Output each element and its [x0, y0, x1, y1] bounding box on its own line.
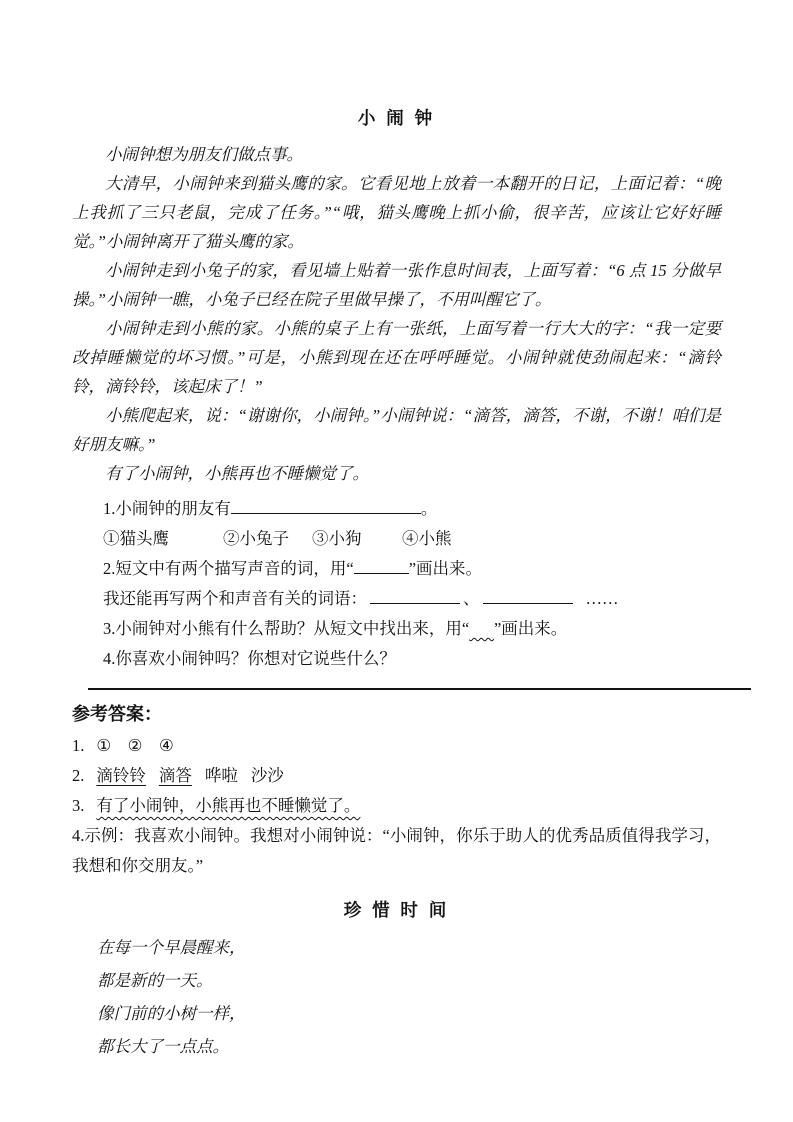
- story-paragraph-4: 小闹钟走到小熊的家。小熊的桌子上有一张纸，上面写着一行大大的字：“我一定要改掉睡…: [72, 314, 721, 401]
- answer-3-number: 3.: [72, 796, 84, 815]
- story-paragraph-6: 有了小闹钟，小熊再也不睡懒觉了。: [72, 459, 721, 488]
- poem-line-2: 都是新的一天。: [72, 964, 721, 997]
- question-3-text-end: ”画出来。: [494, 619, 567, 638]
- question-2-extra-text: 我还能再写两个和声音有关的词语：: [103, 589, 367, 608]
- story-paragraph-2: 大清早，小闹钟来到猫头鹰的家。它看见地上放着一本翻开的日记，上面记着：“晚上我抓…: [72, 169, 721, 256]
- fill-in-blank-q1: [231, 496, 421, 514]
- poem-line-4: 都长大了一点点。: [72, 1030, 721, 1063]
- option-4: ④小熊: [402, 524, 452, 554]
- section-divider-line: [88, 688, 751, 690]
- question-1-period: 。: [421, 499, 438, 518]
- answer-2: 2.滴铃铃滴答哗啦沙沙: [72, 761, 721, 791]
- answer-3: 3.有了小闹钟，小熊再也不睡懒觉了。: [72, 791, 721, 821]
- option-2: ②小兔子: [223, 524, 312, 554]
- ellipsis-text: ……: [586, 589, 619, 608]
- fill-in-blank-word-1: [370, 586, 460, 604]
- question-3-text: 3.小闹钟对小熊有什么帮助？从短文中找出来，用“: [103, 619, 469, 638]
- question-2-extra: 我还能再写两个和声音有关的词语：、……: [72, 584, 721, 614]
- story-paragraph-1: 小闹钟想为朋友们做点事。: [72, 140, 721, 169]
- worksheet-page: 小 闹 钟 小闹钟想为朋友们做点事。 大清早，小闹钟来到猫头鹰的家。它看见地上放…: [0, 0, 793, 1122]
- answer-2-word-3: 哗啦: [205, 766, 238, 785]
- enumeration-comma: 、: [463, 589, 480, 608]
- question-1-options: ①猫头鹰②小兔子③小狗④小熊: [72, 524, 721, 554]
- question-2-text-end: ”画出来。: [409, 559, 482, 578]
- answer-2-word-4: 沙沙: [251, 766, 284, 785]
- poem-section: 在每一个早晨醒来， 都是新的一天。 像门前的小树一样， 都长大了一点点。: [72, 931, 721, 1063]
- answer-1: 1.① ② ④: [72, 731, 721, 761]
- answer-2-word-1: 滴铃铃: [96, 766, 146, 785]
- answer-2-number: 2.: [72, 766, 84, 785]
- option-1: ①猫头鹰: [103, 524, 223, 554]
- question-3: 3.小闹钟对小熊有什么帮助？从短文中找出来，用“ ”画出来。: [72, 614, 721, 644]
- fill-in-blank-word-2: [483, 586, 573, 604]
- question-2-text: 2.短文中有两个描写声音的词，用“: [103, 559, 354, 578]
- answer-2-word-2: 滴答: [159, 766, 192, 785]
- question-1: 1.小闹钟的朋友有。: [72, 494, 721, 524]
- question-1-text: 1.小闹钟的朋友有: [103, 499, 231, 518]
- wavy-underline-mark-sample: [469, 614, 494, 644]
- story-section: 小闹钟想为朋友们做点事。 大清早，小闹钟来到猫头鹰的家。它看见地上放着一本翻开的…: [72, 140, 721, 488]
- story-paragraph-5: 小熊爬起来，说：“谢谢你，小闹钟。”小闹钟说：“滴答，滴答，不谢，不谢！咱们是好…: [72, 401, 721, 459]
- answer-3-value: 有了小闹钟，小熊再也不睡懒觉了。: [96, 796, 360, 815]
- poem-line-1: 在每一个早晨醒来，: [72, 931, 721, 964]
- answer-key-section: 参考答案： 1.① ② ④ 2.滴铃铃滴答哗啦沙沙 3.有了小闹钟，小熊再也不睡…: [72, 701, 721, 881]
- questions-section: 1.小闹钟的朋友有。 ①猫头鹰②小兔子③小狗④小熊 2.短文中有两个描写声音的词…: [72, 494, 721, 674]
- poem-line-3: 像门前的小树一样，: [72, 997, 721, 1030]
- story-paragraph-3: 小闹钟走到小兔子的家，看见墙上贴着一张作息时间表，上面写着：“6 点 15 分做…: [72, 256, 721, 314]
- answer-1-number: 1.: [72, 736, 84, 755]
- answer-4: 4.示例：我喜欢小闹钟。我想对小闹钟说：“小闹钟，你乐于助人的优秀品质值得我学习…: [72, 821, 721, 881]
- poem-title: 珍 惜 时 间: [72, 898, 721, 922]
- underline-mark-sample: [354, 556, 409, 574]
- question-4: 4.你喜欢小闹钟吗？你想对它说些什么？: [72, 644, 721, 674]
- answer-key-heading: 参考答案：: [72, 701, 721, 727]
- answer-1-value: ① ② ④: [96, 736, 173, 755]
- option-3: ③小狗: [312, 524, 402, 554]
- question-2: 2.短文中有两个描写声音的词，用“”画出来。: [72, 554, 721, 584]
- reading-title: 小 闹 钟: [72, 106, 721, 130]
